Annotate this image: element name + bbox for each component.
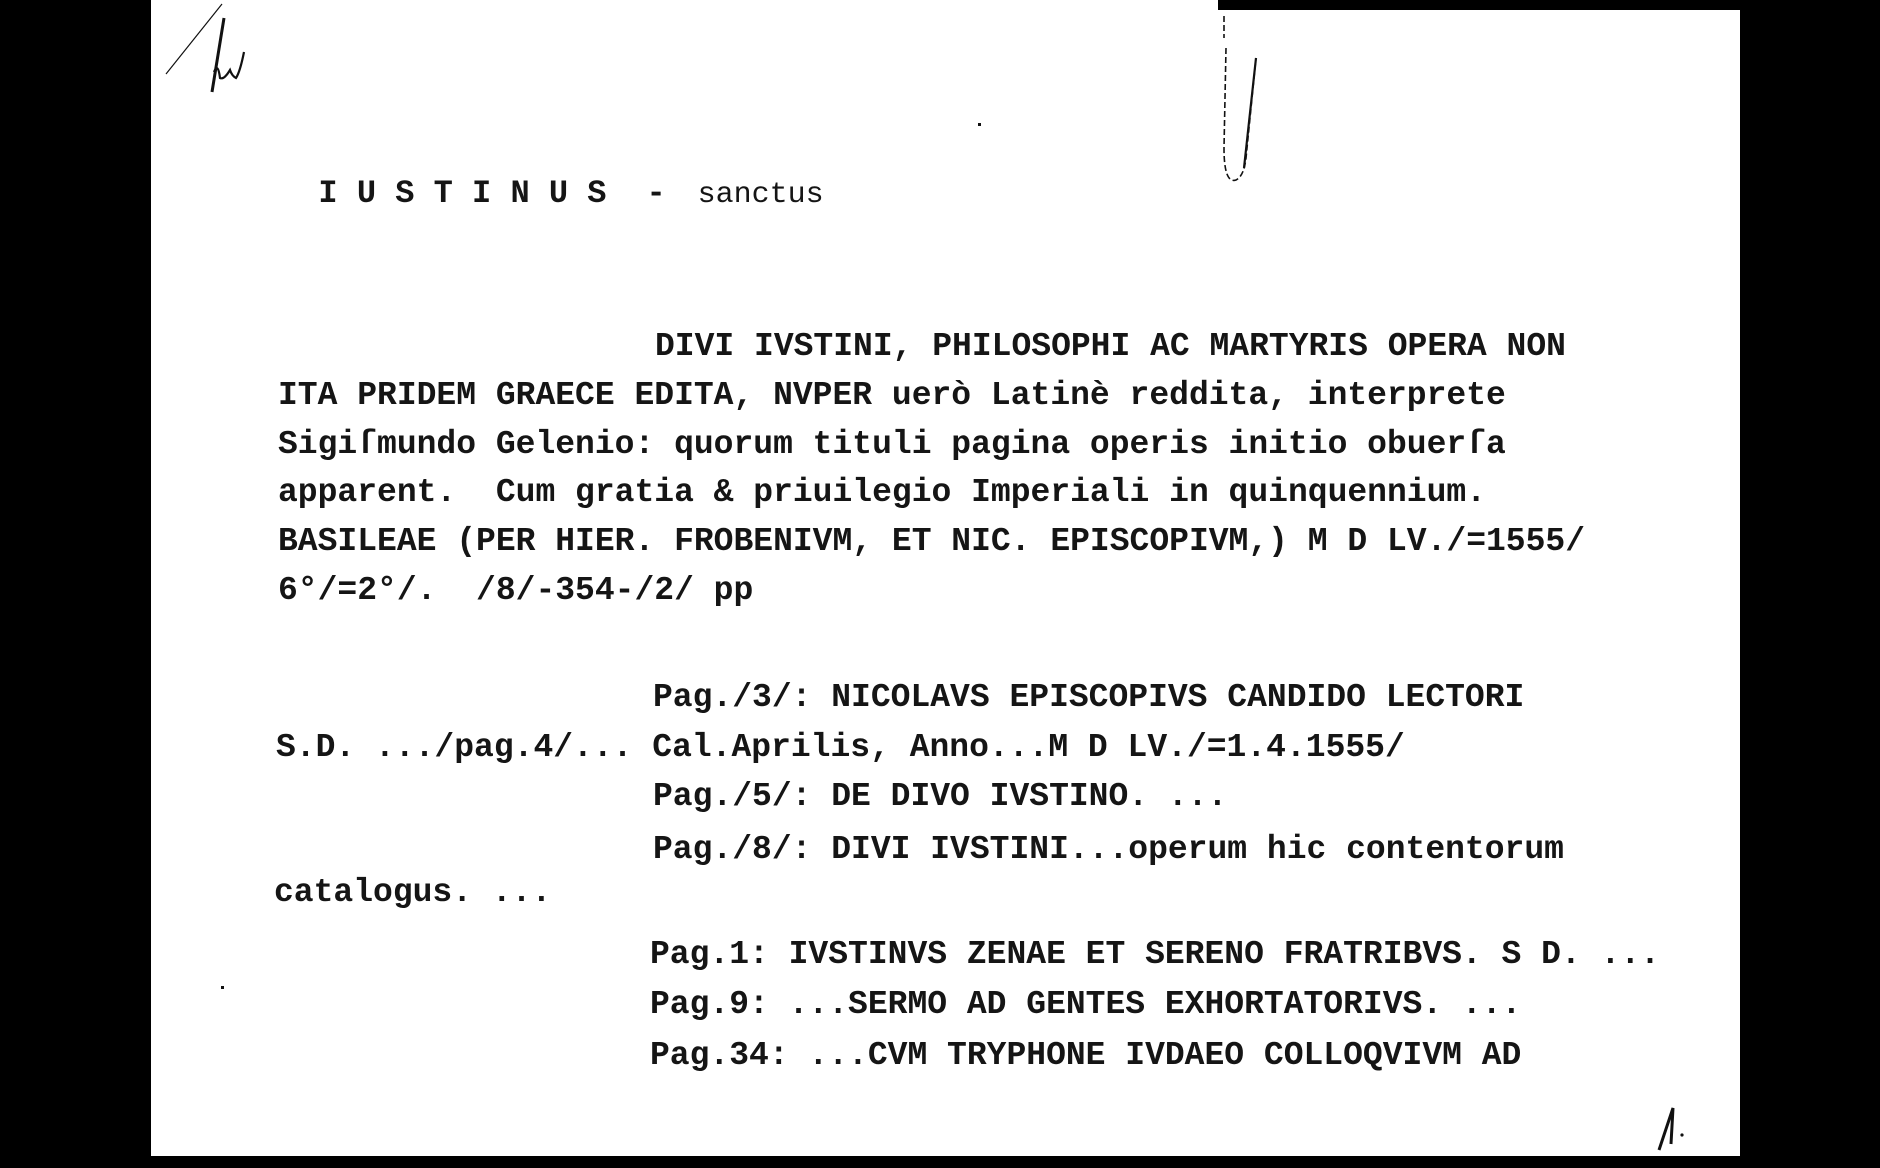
contents-line: Pag./5/: DE DIVO IVSTINO. ... bbox=[653, 780, 1227, 813]
handwritten-initial-mark bbox=[160, 0, 260, 100]
author-qualifier: sanctus bbox=[698, 178, 824, 212]
description-line: DIVI IVSTINI, PHILOSOPHI AC MARTYRIS OPE… bbox=[655, 330, 1566, 363]
description-line: ITA PRIDEM GRAECE EDITA, NVPER uerò Lati… bbox=[278, 379, 1506, 412]
description-line: 6°/=2°/. /8/-354-/2/ pp bbox=[278, 574, 753, 607]
contents-line: catalogus. ... bbox=[274, 876, 551, 909]
contents-line: Pag./8/: DIVI IVSTINI...operum hic conte… bbox=[653, 833, 1564, 866]
heading-dash: - bbox=[646, 175, 665, 212]
author-name: I U S T I N U S bbox=[318, 175, 606, 212]
contents-line: Pag.9: ...SERMO AD GENTES EXHORTATORIVS.… bbox=[650, 988, 1521, 1021]
description-line: apparent. Cum gratia & priuilegio Imperi… bbox=[278, 476, 1486, 509]
speck bbox=[978, 123, 981, 126]
description-line: BASILEAE (PER HIER. FROBENIVM, ET NIC. E… bbox=[278, 525, 1585, 558]
contents-line: Pag./3/: NICOLAVS EPISCOPIVS CANDIDO LEC… bbox=[653, 681, 1524, 714]
paper-clip-mark bbox=[1210, 8, 1280, 188]
card-heading: I U S T I N U S-sanctus bbox=[280, 138, 824, 212]
contents-line: S.D. .../pag.4/... Cal.Aprilis, Anno...M… bbox=[276, 731, 1405, 764]
contents-line: Pag.34: ...CVM TRYPHONE IVDAEO COLLOQVIV… bbox=[650, 1039, 1521, 1072]
speck bbox=[221, 986, 224, 989]
contents-line: Pag.1: IVSTINVS ZENAE ET SERENO FRATRIBV… bbox=[650, 938, 1660, 971]
scan-edge bbox=[1218, 0, 1740, 10]
handwritten-page-number bbox=[1655, 1100, 1705, 1160]
description-line: Sigiſmundo Gelenio: quorum tituli pagina… bbox=[278, 428, 1506, 461]
